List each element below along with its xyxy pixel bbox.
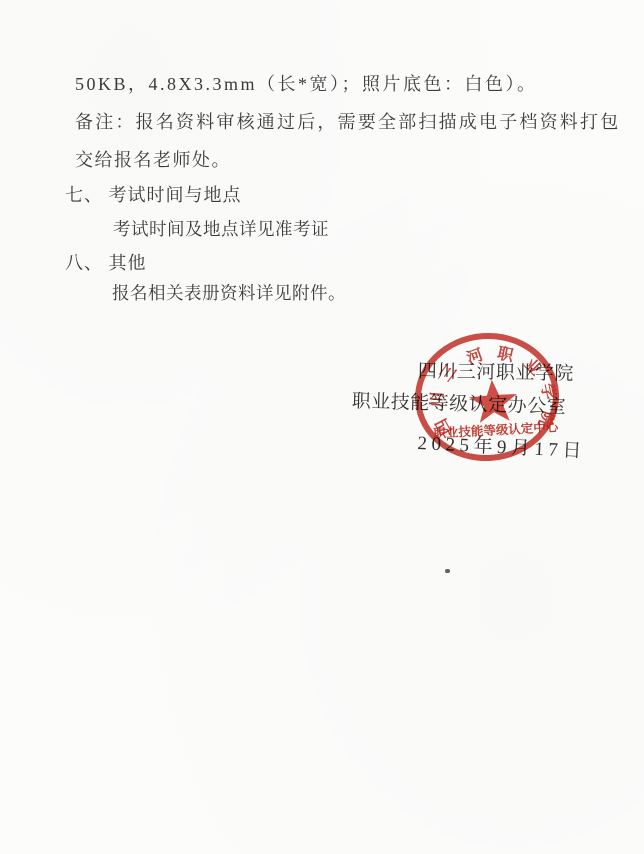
section-heading-8: 八、 其他 [65,254,147,272]
seal-arc-char: 学 [536,381,557,402]
scanned-document-page: 50KB，4.8X3.3mm（长*宽）；照片底色：白色）。 备注：报名资料审核通… [0,0,644,854]
section-body-7: 考试时间及地点详见准考证 [113,221,329,239]
scan-artifact-dot [445,569,450,573]
seal-arc-char: 川 [428,390,447,409]
section-heading-7: 七、 考试时间与地点 [65,186,242,204]
section-body-8: 报名相关表册资料详见附件。 [112,285,346,303]
body-line-remark: 备注：报名资料审核通过后，需要全部扫描成电子档资料打包 [75,113,620,131]
seal-arc-char: 职 [494,345,515,366]
seal-arc-char: 三 [437,361,462,386]
star-icon [467,378,520,427]
seal-arc-char: 业 [519,355,544,380]
body-line-photo-spec: 50KB，4.8X3.3mm（长*宽）；照片底色：白色）。 [75,75,538,93]
body-line-remark-cont: 交给报名老师处。 [75,151,231,169]
seal-arc-char: 河 [464,346,487,369]
